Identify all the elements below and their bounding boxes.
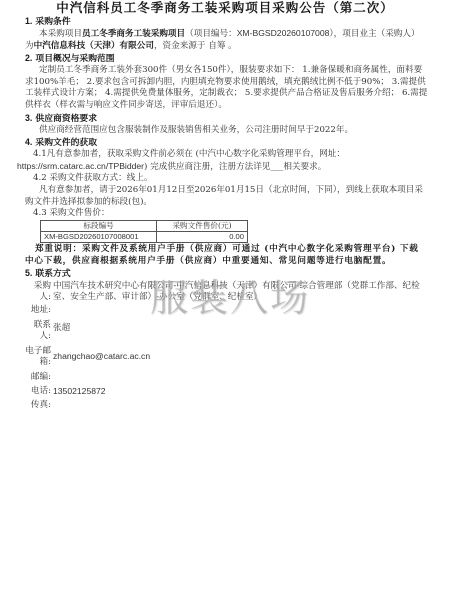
contact-email: 电子邮箱: zhangchao@catarc.ac.cn	[25, 346, 450, 368]
contact-label: 电话:	[25, 386, 51, 397]
table-row: XM-BGSD20260107008001 0.00	[41, 231, 248, 242]
contact-label: 邮编:	[25, 372, 51, 383]
contact-label: 电子邮箱:	[25, 346, 51, 368]
contact-value: 张超	[53, 323, 70, 334]
header-price: 采购文件售价(元)	[157, 220, 248, 231]
section-3-heading: 3. 供应商资格要求	[25, 112, 450, 125]
section-1-body: 本采购项目员工冬季商务工装采购项目（项目编号：XM-BGSD2026010700…	[25, 28, 428, 52]
section-4-3: 4.3 采购文件售价：	[33, 208, 450, 220]
platform-link[interactable]: https://srm.catarc.ac.cn/TPBidder	[17, 161, 144, 171]
section-3-body: 供应商经营范围应包含服装制作及服装销售相关业务，公司注册时间早于2022年。	[25, 125, 428, 137]
contact-label: 联系人:	[25, 320, 51, 342]
contact-label: 传真:	[25, 400, 51, 411]
project-code: XM-BGSD20260107008	[237, 28, 330, 38]
cell-lot-number: XM-BGSD20260107008001	[41, 231, 157, 242]
section-4-1: 4.1凡有意参加者，获取采购文件前必须在 (中汽中心数字化采购管理平台，网址：h…	[25, 149, 428, 173]
section-4-heading: 4. 采购文件的获取	[25, 136, 450, 149]
announcement-page: 中汽信科员工冬季商务工装采购项目采购公告（第二次） 1. 采购条件 本采购项目员…	[0, 0, 450, 411]
section-4-2: 4.2 采购文件获取方式：线上。	[33, 173, 450, 185]
contact-label: 采购人:	[25, 281, 51, 303]
section-2-heading: 2. 项目概况与采购范围	[25, 52, 450, 65]
section-2-body: 定制员工冬季商务工装外套300件（男女各150件），服装要求如下： 1.兼备保暖…	[25, 65, 428, 111]
contact-person: 联系人: 张超	[25, 320, 450, 342]
section-1-heading: 1. 采购条件	[25, 15, 450, 28]
watermark: 服装八场	[150, 277, 310, 319]
table-header-row: 标段编号 采购文件售价(元)	[41, 220, 248, 231]
email-link[interactable]: zhangchao@catarc.ac.cn	[53, 351, 150, 362]
contact-phone: 电话: 13502125872	[25, 386, 450, 397]
contact-value: 13502125872	[53, 386, 106, 397]
contact-fax: 传真:	[25, 400, 450, 411]
contact-postcode: 邮编:	[25, 372, 450, 383]
price-table: 标段编号 采购文件售价(元) XM-BGSD20260107008001 0.0…	[40, 220, 248, 243]
cell-price: 0.00	[157, 231, 248, 242]
important-note: 郑重说明：采购文件及系统用户手册（供应商）可通过 (中汽中心数字化采购管理平台)…	[25, 243, 428, 267]
page-title: 中汽信科员工冬季商务工装采购项目采购公告（第二次）	[0, 0, 450, 15]
contact-label: 地址:	[25, 305, 51, 316]
section-4-2-detail: 凡有意参加者，请于2026年01月12日至2026年01月15日（北京时间，下同…	[25, 185, 428, 208]
header-lot-number: 标段编号	[41, 220, 157, 231]
